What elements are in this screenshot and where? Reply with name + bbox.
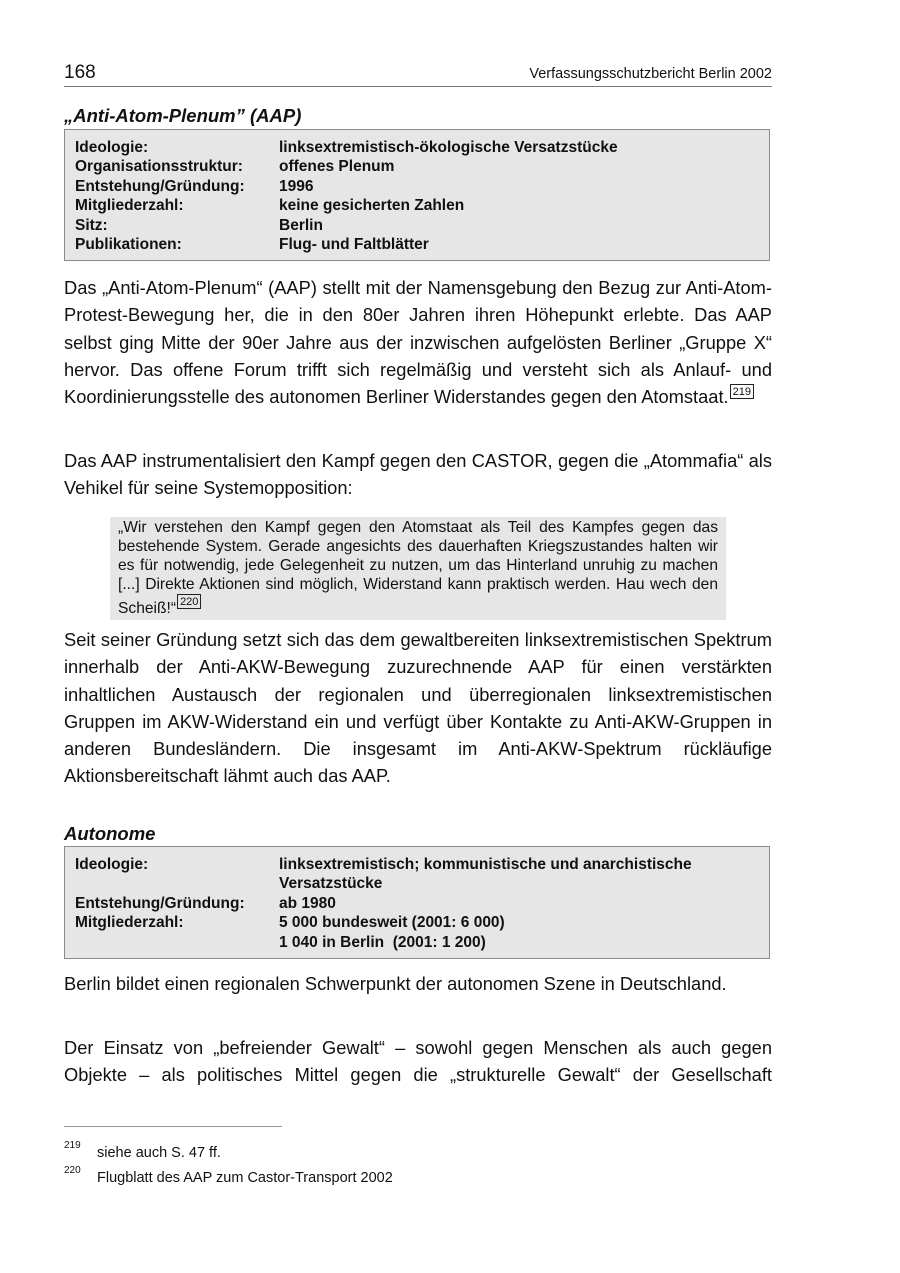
info-row: Ideologie:linksextremistisch; kommunisti… bbox=[75, 855, 759, 894]
info-label: Mitgliederzahl: bbox=[75, 196, 279, 215]
info-value: offenes Plenum bbox=[279, 157, 759, 176]
info-label: Ideologie: bbox=[75, 855, 279, 894]
footnote-ref-220[interactable]: 220 bbox=[177, 594, 201, 609]
info-row: Sitz:Berlin bbox=[75, 216, 759, 235]
footnote-text: Flugblatt des AAP zum Castor-Transport 2… bbox=[97, 1170, 393, 1186]
footnote-divider bbox=[64, 1126, 282, 1127]
running-title: Verfassungsschutzbericht Berlin 2002 bbox=[529, 66, 772, 82]
info-row: Entstehung/Gründung:1996 bbox=[75, 177, 759, 196]
info-label: Mitgliederzahl: bbox=[75, 913, 279, 952]
info-label: Entstehung/Gründung: bbox=[75, 177, 279, 196]
info-row: Ideologie:linksextremistisch-ökologische… bbox=[75, 138, 759, 157]
footnote-number: 219 bbox=[64, 1140, 81, 1151]
page-header: 168 Verfassungsschutzbericht Berlin 2002 bbox=[64, 60, 772, 87]
info-row: Publikationen:Flug- und Faltblätter bbox=[75, 235, 759, 254]
info-row: Organisationsstruktur:offenes Plenum bbox=[75, 157, 759, 176]
info-label: Organisationsstruktur: bbox=[75, 157, 279, 176]
autonome-paragraph-1: Berlin bildet einen regionalen Schwerpun… bbox=[64, 970, 772, 997]
autonome-paragraph-2: Der Einsatz von „befreiender Gewalt“ – s… bbox=[64, 1034, 772, 1089]
footnote-ref-219[interactable]: 219 bbox=[730, 384, 754, 399]
aap-paragraph-2: Das AAP instrumentalisiert den Kampf geg… bbox=[64, 447, 772, 502]
info-label: Publikationen: bbox=[75, 235, 279, 254]
aap-paragraph-1: Das „Anti-Atom-Plenum“ (AAP) stellt mit … bbox=[64, 274, 772, 410]
info-row: Mitgliederzahl:5 000 bundesweit (2001: 6… bbox=[75, 913, 759, 952]
info-value: 1996 bbox=[279, 177, 759, 196]
aap-paragraph-3: Seit seiner Gründung setzt sich das dem … bbox=[64, 626, 772, 790]
info-value: Berlin bbox=[279, 216, 759, 235]
info-value: Flug- und Faltblätter bbox=[279, 235, 759, 254]
info-value: ab 1980 bbox=[279, 894, 759, 913]
footnote-number: 220 bbox=[64, 1165, 81, 1176]
info-label: Sitz: bbox=[75, 216, 279, 235]
info-label: Ideologie: bbox=[75, 138, 279, 157]
info-label: Entstehung/Gründung: bbox=[75, 894, 279, 913]
aap-info-box: Ideologie:linksextremistisch-ökologische… bbox=[64, 129, 770, 261]
section-title-aap: „Anti-Atom-Plenum” (AAP) bbox=[64, 105, 301, 127]
info-value: linksextremistisch; kommunistische und a… bbox=[279, 855, 759, 894]
section-title-autonome: Autonome bbox=[64, 823, 155, 845]
aap-quote-box: „Wir verstehen den Kampf gegen den Atoms… bbox=[110, 517, 726, 620]
info-row: Mitgliederzahl:keine gesicherten Zahlen bbox=[75, 196, 759, 215]
info-row: Entstehung/Gründung:ab 1980 bbox=[75, 894, 759, 913]
footnote-text: siehe auch S. 47 ff. bbox=[97, 1145, 221, 1161]
info-value: 5 000 bundesweit (2001: 6 000)1 040 in B… bbox=[279, 913, 759, 952]
page-number: 168 bbox=[64, 62, 96, 84]
info-value: linksextremistisch-ökologische Versatzst… bbox=[279, 138, 759, 157]
quote-text: „Wir verstehen den Kampf gegen den Atoms… bbox=[118, 519, 718, 617]
info-value: keine gesicherten Zahlen bbox=[279, 196, 759, 215]
autonome-info-box: Ideologie:linksextremistisch; kommunisti… bbox=[64, 846, 770, 959]
